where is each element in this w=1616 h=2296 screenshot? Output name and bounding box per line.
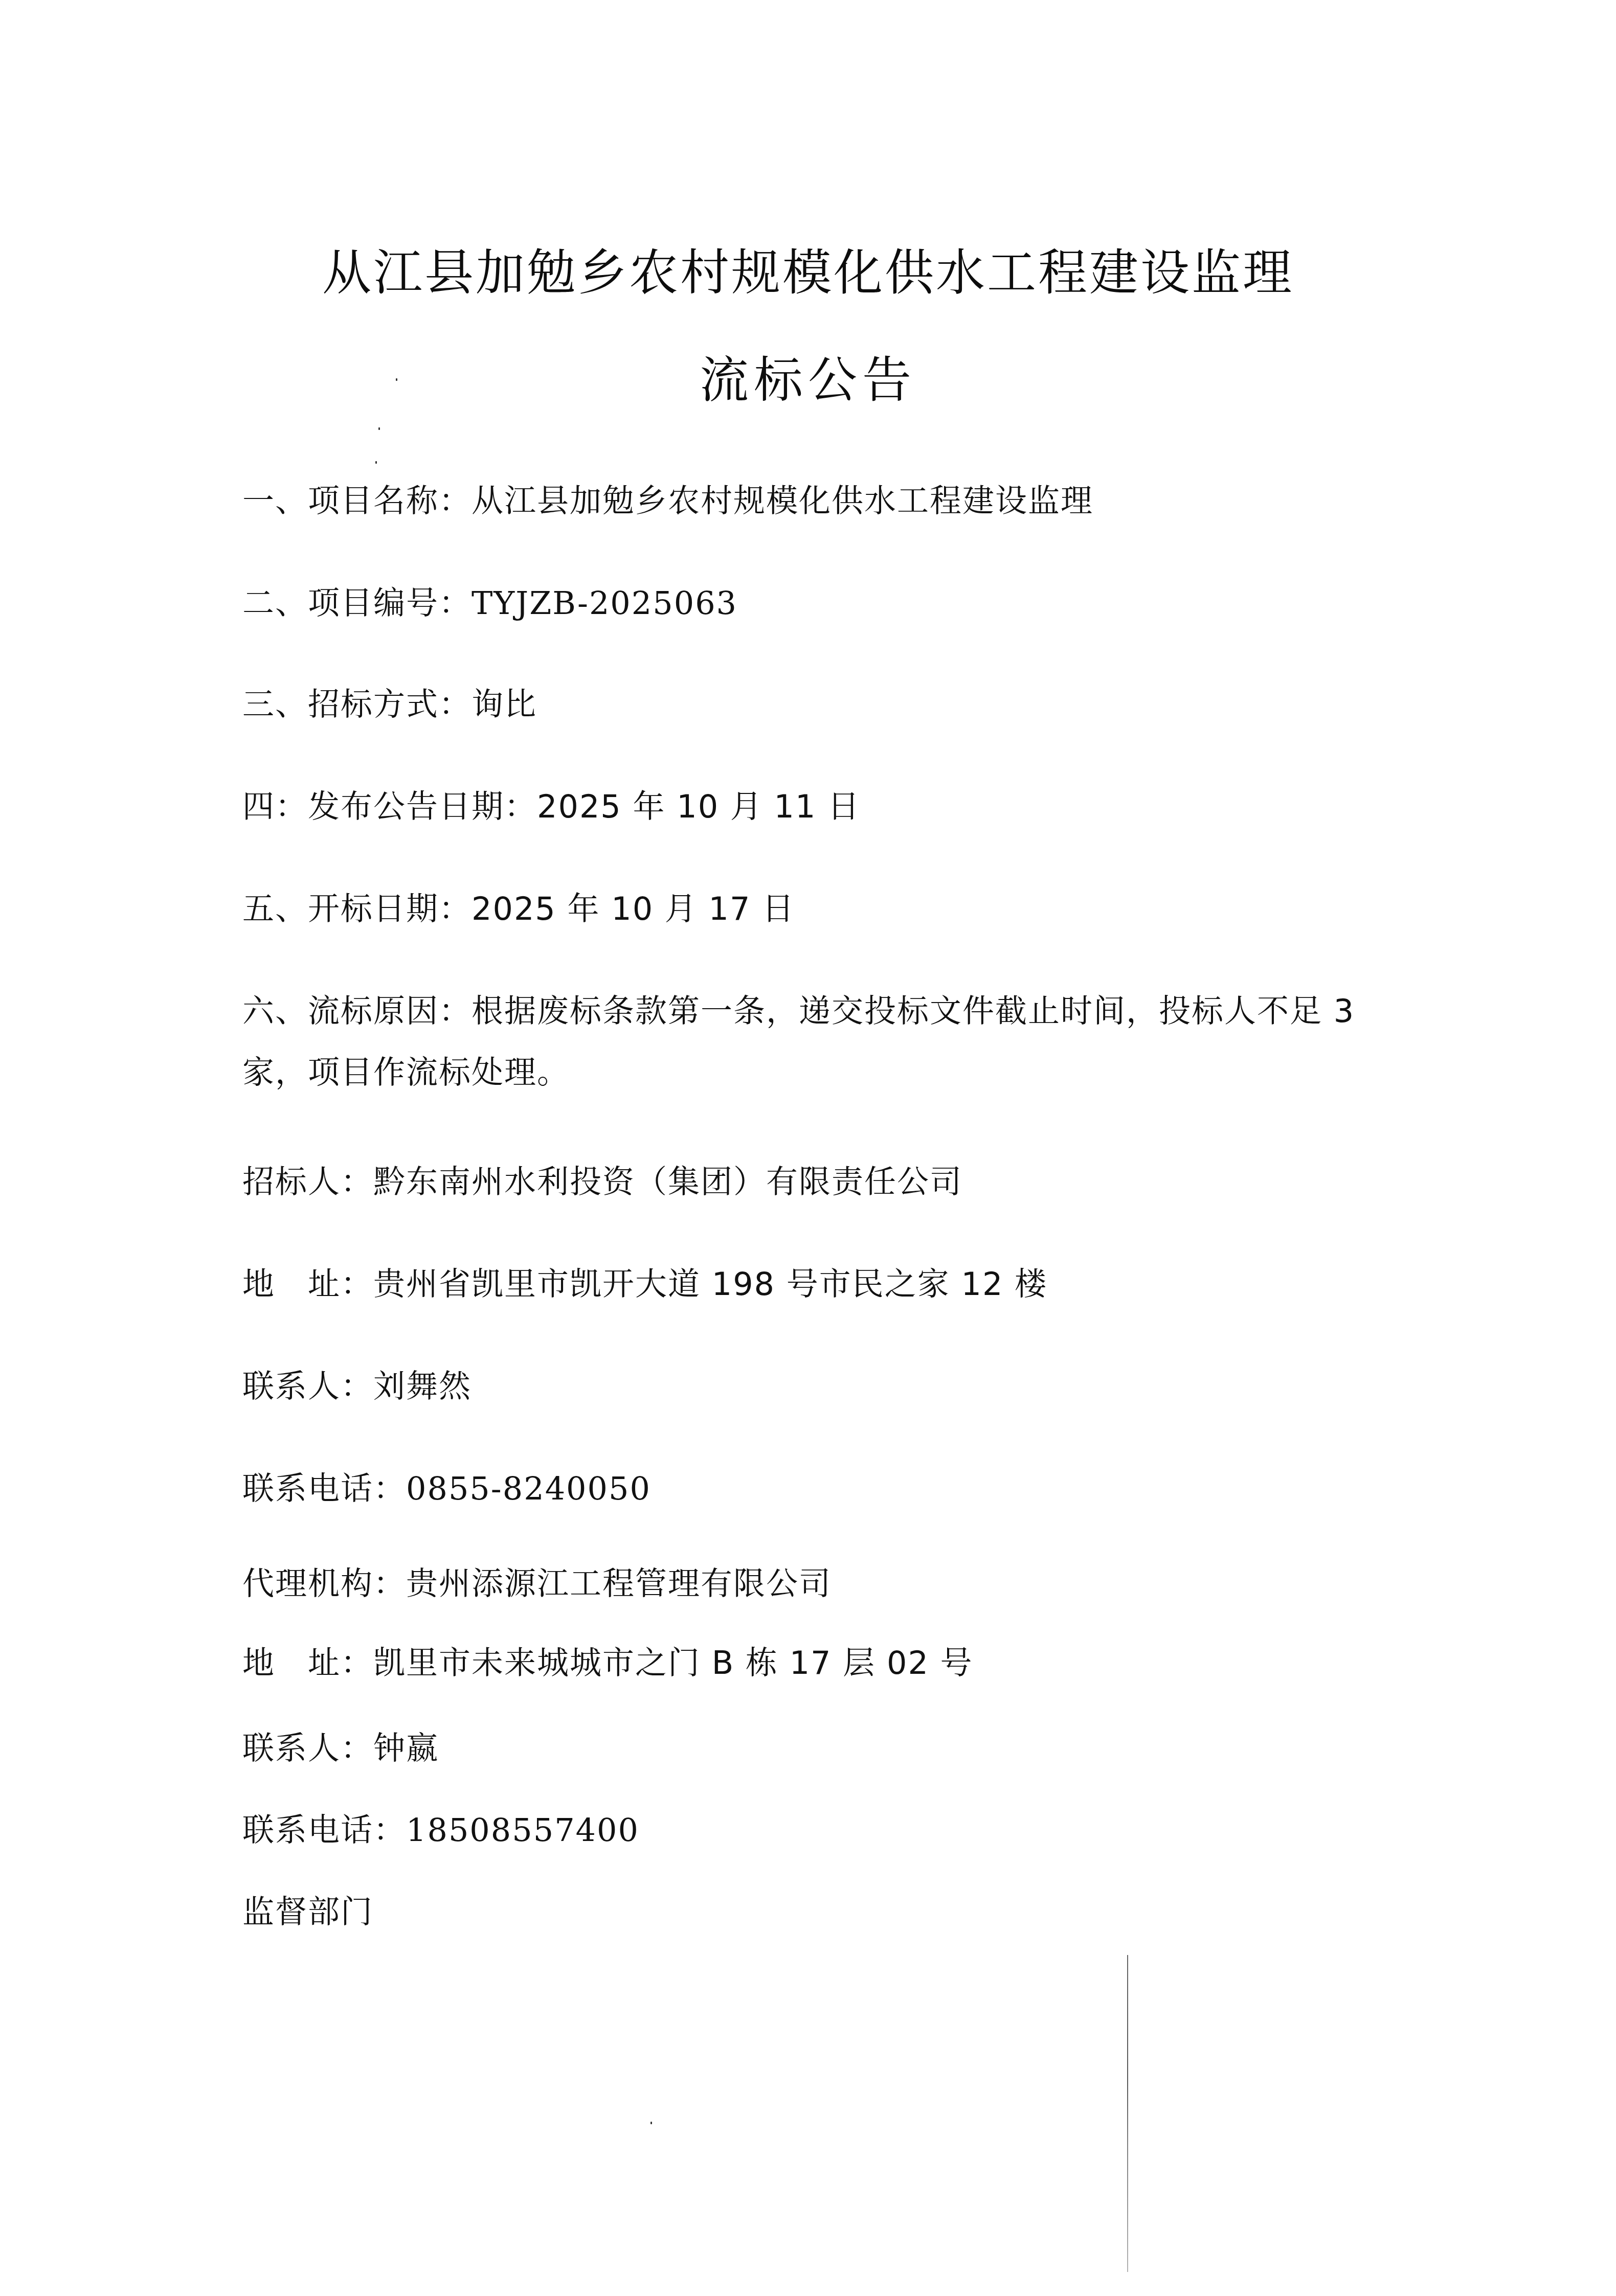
tenderer-address-row: 地 址：贵州省凯里市凯开大道 198 号市民之家 12 楼 [242, 1264, 1047, 1305]
document-page: 从江县加勉乡农村规模化供水工程建设监理 流标公告 一、项目名称：从江县加勉乡农村… [0, 0, 1616, 2296]
tenderer-contact-row: 联系人：刘舞然 [242, 1366, 472, 1407]
item-publish-date: 四：发布公告日期：2025 年 10 月 11 日 [242, 786, 860, 827]
scan-speck [375, 461, 377, 464]
tenderer-address: 贵州省凯里市凯开大道 198 号市民之家 12 楼 [373, 1265, 1047, 1303]
item-label: 一、项目名称： [242, 482, 472, 519]
agency-contact: 钟嬴 [373, 1730, 439, 1767]
item-label: 二、项目编号： [242, 584, 472, 622]
tenderer-label: 招标人： [242, 1163, 373, 1200]
item-value: 2025 年 10 月 11 日 [537, 788, 860, 825]
agency-contact-label: 联系人： [242, 1730, 373, 1767]
tenderer-contact: 刘舞然 [373, 1368, 472, 1405]
item-value: 根据废标条款第一条，递交投标文件截止时间，投标人不足 3 [472, 992, 1355, 1030]
item-label: 三、招标方式： [242, 686, 472, 723]
item-project-number: 二、项目编号：TYJZB-2025063 [242, 583, 737, 624]
agency-address: 凯里市未来城城市之门 B 栋 17 层 02 号 [373, 1644, 973, 1681]
item-failure-reason: 六、流标原因：根据废标条款第一条，递交投标文件截止时间，投标人不足 3 [242, 991, 1355, 1032]
item-label: 四：发布公告日期： [242, 788, 537, 825]
scan-speck [650, 2122, 652, 2124]
scan-speck [396, 378, 397, 381]
agency-contact-row: 联系人：钟嬴 [242, 1728, 439, 1769]
item-value: TYJZB-2025063 [472, 584, 737, 622]
item-label: 五、开标日期： [242, 890, 472, 927]
tenderer-phone: 0855-8240050 [406, 1470, 651, 1507]
agency-name: 贵州添源江工程管理有限公司 [406, 1565, 832, 1602]
agency-name-row: 代理机构：贵州添源江工程管理有限公司 [242, 1563, 832, 1604]
item-value: 从江县加勉乡农村规模化供水工程建设监理 [472, 482, 1093, 519]
item-project-name: 一、项目名称：从江县加勉乡农村规模化供水工程建设监理 [242, 481, 1093, 521]
scan-artifact-line [1127, 1955, 1128, 2272]
tenderer-phone-row: 联系电话：0855-8240050 [242, 1468, 651, 1509]
document-subtitle: 流标公告 [0, 352, 1616, 408]
item-value: 询比 [472, 686, 537, 723]
item-value: 2025 年 10 月 17 日 [472, 890, 795, 927]
agency-phone-row: 联系电话：18508557400 [242, 1810, 639, 1851]
item-label: 六、流标原因： [242, 992, 472, 1030]
scan-speck [378, 427, 380, 430]
document-title: 从江县加勉乡农村规模化供水工程建设监理 [0, 244, 1616, 301]
agency-label: 代理机构： [242, 1565, 406, 1602]
agency-phone: 18508557400 [406, 1811, 639, 1849]
agency-phone-label: 联系电话： [242, 1811, 406, 1849]
item-opening-date: 五、开标日期：2025 年 10 月 17 日 [242, 889, 795, 929]
agency-address-row: 地 址：凯里市未来城城市之门 B 栋 17 层 02 号 [242, 1643, 973, 1684]
tenderer-address-label: 地 址： [242, 1265, 373, 1303]
agency-address-label: 地 址： [242, 1644, 373, 1681]
item-tender-method: 三、招标方式：询比 [242, 684, 537, 725]
tenderer-name: 黔东南州水利投资（集团）有限责任公司 [373, 1163, 962, 1200]
tenderer-contact-label: 联系人： [242, 1368, 373, 1405]
item-failure-reason-continuation: 家，项目作流标处理。 [242, 1052, 570, 1093]
tenderer-phone-label: 联系电话： [242, 1470, 406, 1507]
supervision-department-label: 监督部门 [242, 1892, 373, 1933]
tenderer-name-row: 招标人：黔东南州水利投资（集团）有限责任公司 [242, 1162, 962, 1202]
